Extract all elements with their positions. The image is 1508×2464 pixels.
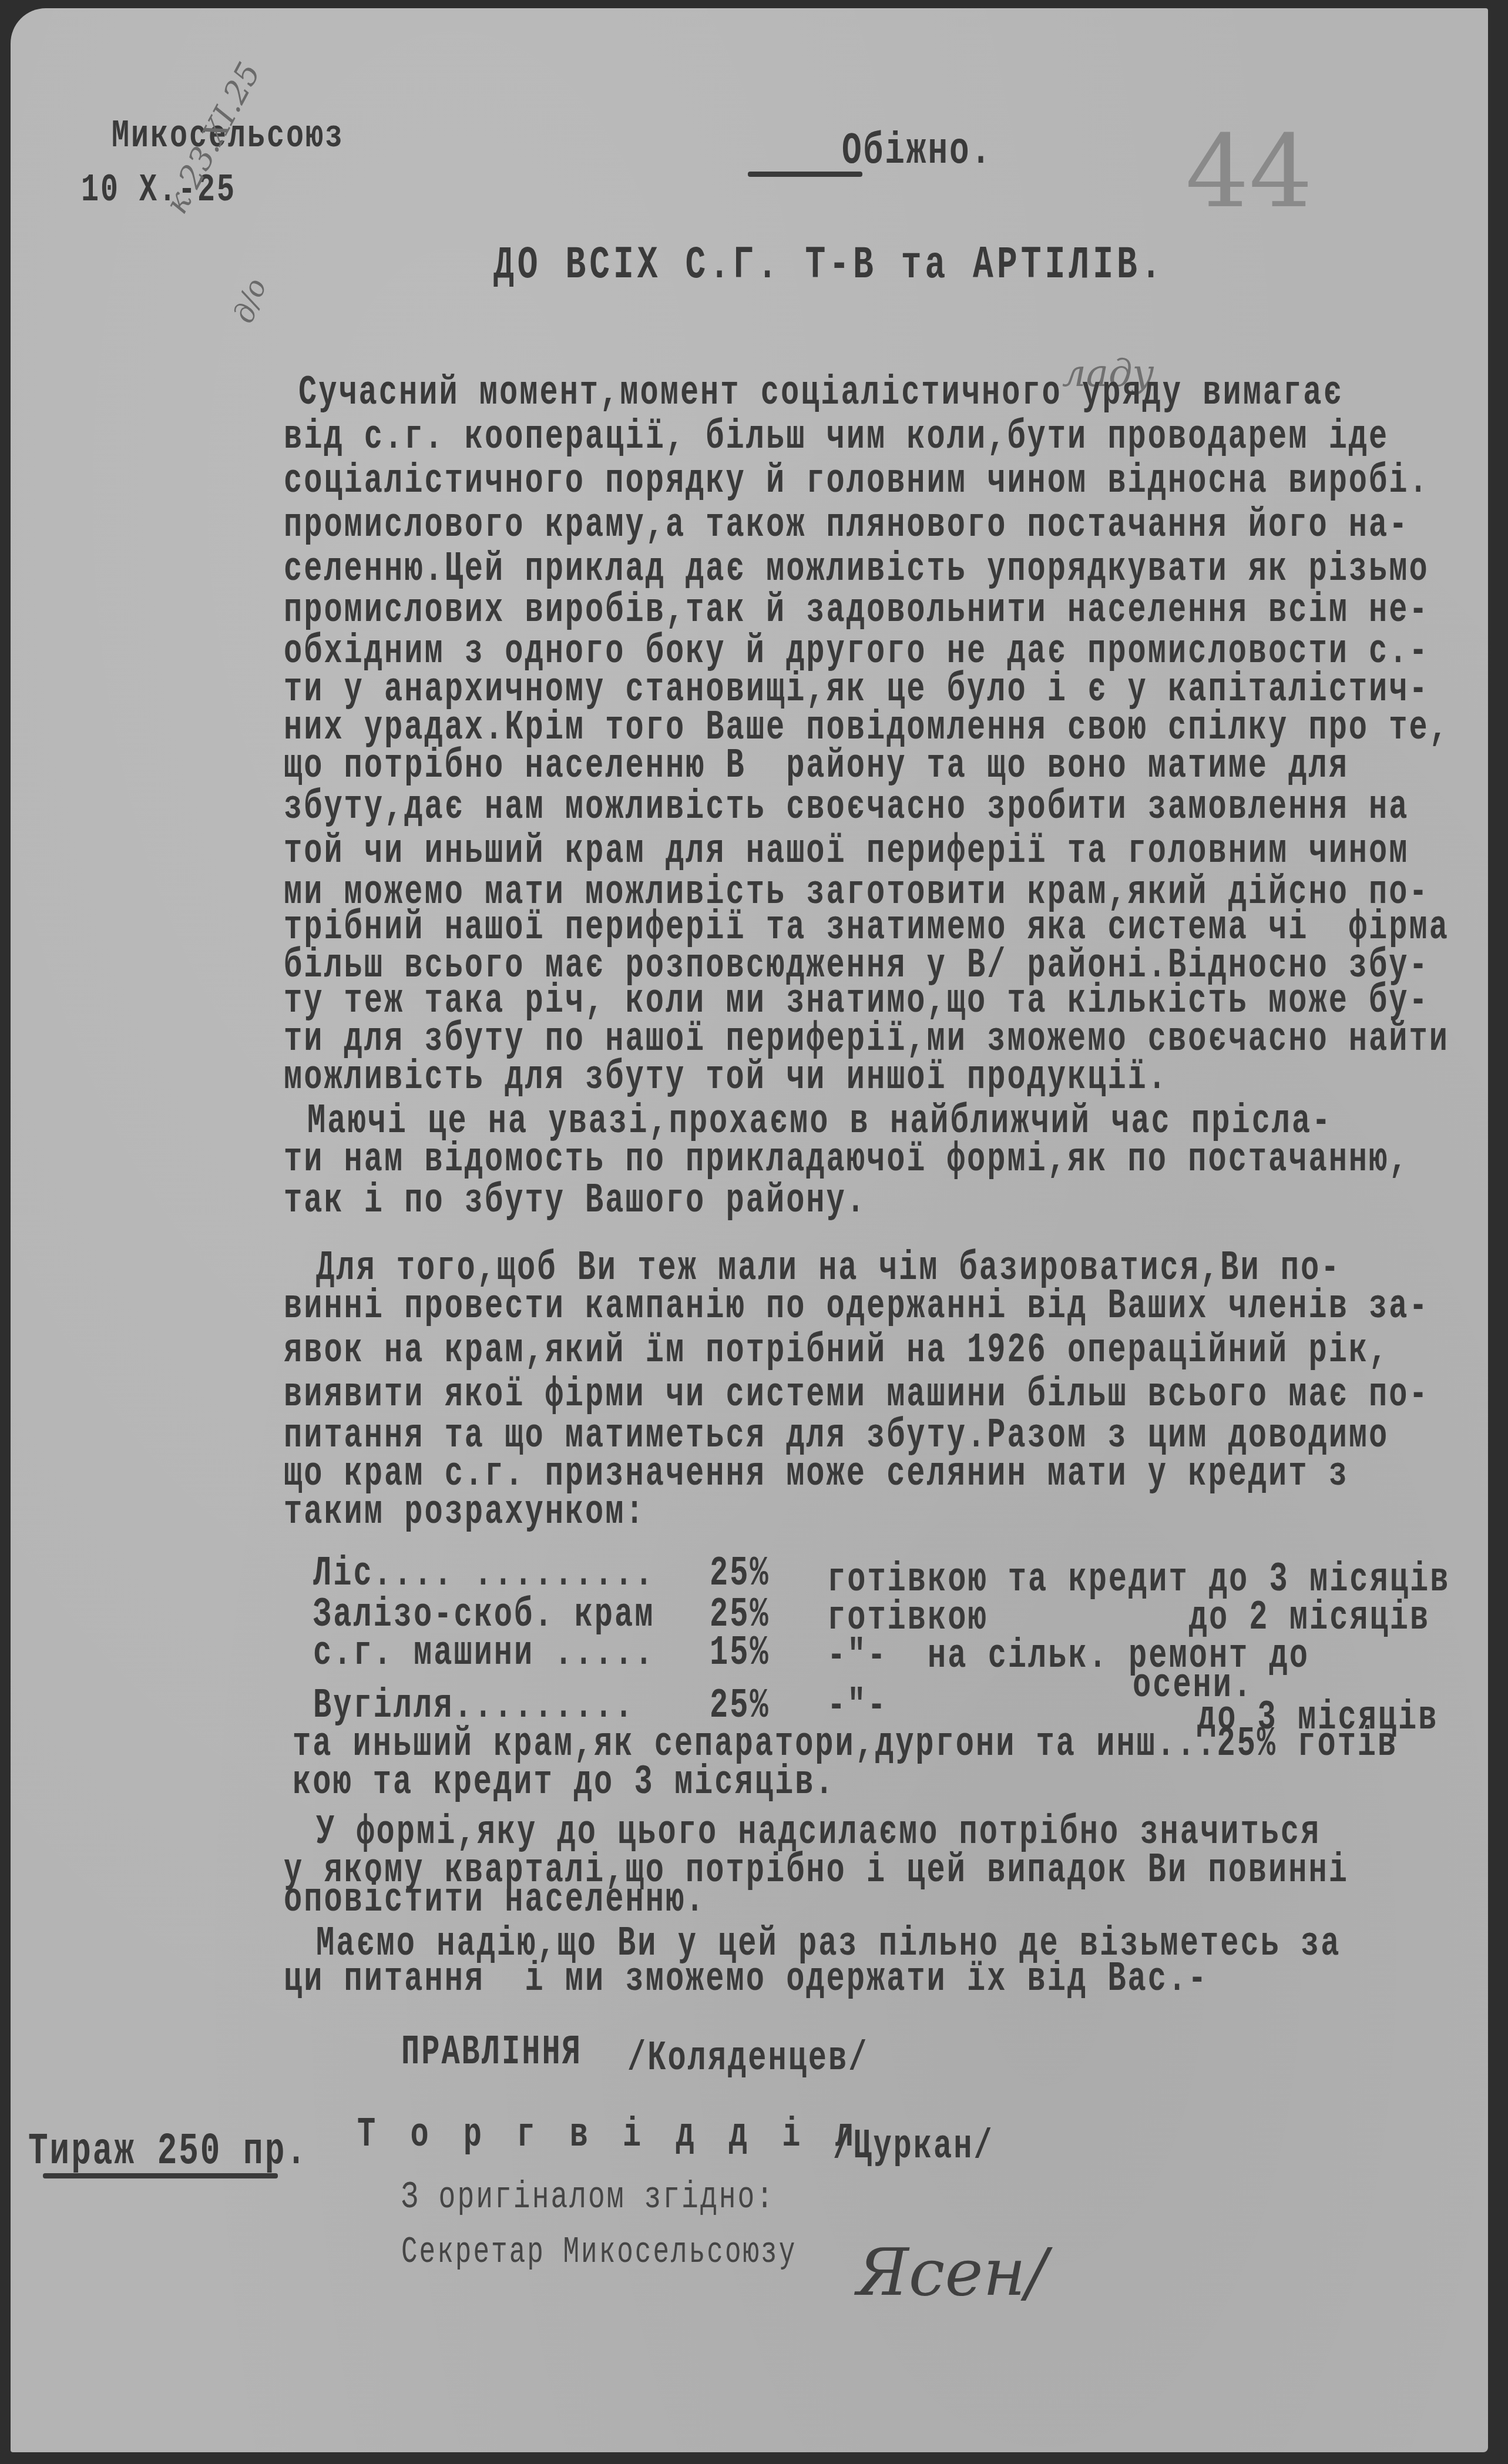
trade-department-label: Т о р г в і д д і л <box>357 2111 862 2158</box>
text-line: соціалістичного порядку й головним чином… <box>284 458 1429 505</box>
text-line: селенню.Цей приклад дає можливість упоря… <box>284 546 1429 593</box>
print-run-underline <box>43 2173 278 2178</box>
text-line: так і по збуту Вашого району. <box>284 1177 866 1224</box>
text-line: той чи иньший крам для нашої периферії т… <box>284 828 1409 875</box>
secretary-title: Секретар Микосельсоюзу <box>401 2232 797 2273</box>
text-line: від с.г. кооперації, більш чим коли,бути… <box>284 414 1389 461</box>
print-run: Тираж 250 пр. <box>28 2126 308 2177</box>
text-line: виявити якої фірми чи системи машини біл… <box>284 1371 1429 1418</box>
text-line: ци питання і ми зможемо одержати їх від … <box>284 1956 1208 2003</box>
copy-certification: З оригіналом згідно: <box>401 2176 775 2219</box>
archive-page-number: 44 <box>1185 114 1312 230</box>
text-line: таким розрахунком: <box>284 1489 646 1536</box>
trade-signatory-name: /Цуркан/ <box>833 2123 994 2170</box>
addressee-heading: ДО ВСІХ С.Г. Т-В та АРТІЛІВ. <box>493 240 1165 292</box>
text-line: можливість для збуту той чи иншої продук… <box>284 1054 1168 1101</box>
title-underline <box>748 172 862 177</box>
text-line: промислового краму,а також плянового пос… <box>284 502 1409 549</box>
text-line: явок на крам,який їм потрібний на 1926 о… <box>284 1327 1389 1374</box>
circular-label: Обіжно. <box>842 126 992 176</box>
handwritten-signature: Ясен/ <box>857 2235 1047 2310</box>
text-line: Сучасний момент,момент соціалістичного у… <box>298 370 1344 417</box>
document-page: Микосельсоюз 10 X.-25 к 23.XI.25 д/о Обі… <box>11 8 1488 2452</box>
board-signatory-name: /Коляденцев/ <box>627 2035 868 2082</box>
text-line: оповістити населенню. <box>284 1876 706 1923</box>
text-line: кою та кредит до 3 місяців. <box>293 1759 835 1806</box>
credit-percent: 15% <box>710 1630 770 1677</box>
credit-item: с.г. машини ..... <box>313 1630 655 1677</box>
board-label: ПРАВЛІННЯ <box>401 2029 582 2076</box>
text-line: збуту,дає нам можливість своєчасно зроби… <box>284 784 1409 831</box>
credit-item: Ліс.... ......... <box>313 1550 655 1597</box>
credit-percent: 25% <box>710 1550 770 1597</box>
text-line: винні провести кампанію по одержанні від… <box>284 1283 1429 1330</box>
text-line: що потрібно населенню В району та що вон… <box>284 743 1349 790</box>
text-line: ти нам відомость по прикладаючої формі,я… <box>284 1136 1409 1183</box>
handwritten-note: д/о <box>227 274 273 327</box>
text-line: промислових виробів,так й задовольнити н… <box>284 587 1429 634</box>
